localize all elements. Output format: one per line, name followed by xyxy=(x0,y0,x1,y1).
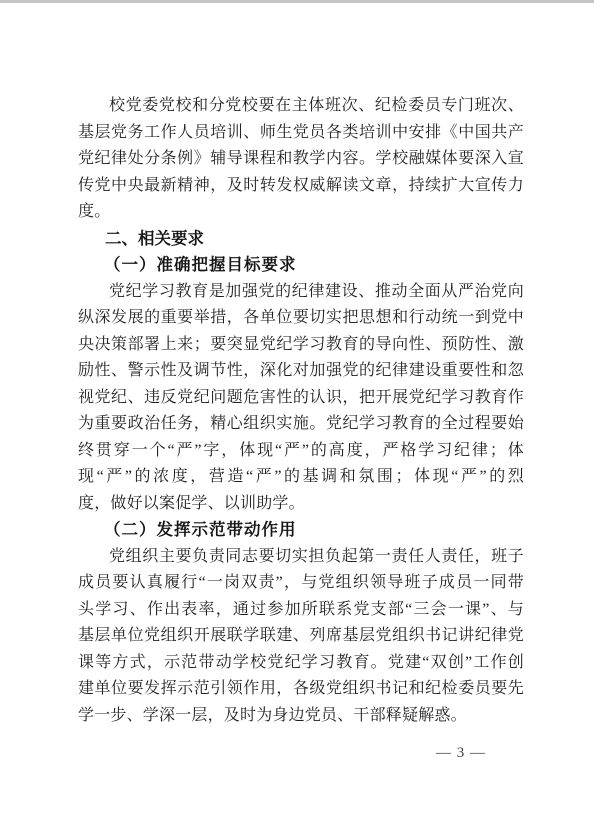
body-text-line: 基层单位党组织开展联学联建、列席基层党组织书记讲纪律党 xyxy=(78,623,524,650)
body-text-line: 终贯穿一个“严”字，体现“严”的高度，严格学习纪律；体 xyxy=(78,438,524,465)
sub-heading: （二）发挥示范带动作用 xyxy=(78,517,524,544)
body-text-line: 成员要认真履行“一岗双责”，与党组织领导班子成员一同带 xyxy=(78,570,524,597)
body-text-line: 央决策部署上来；要突显党纪学习教育的导向性、预防性、激 xyxy=(78,332,524,359)
section-heading: 二、相关要求 xyxy=(78,226,524,253)
body-text-line: 传党中央最新精神，及时转发权威解读文章，持续扩大宣传力 xyxy=(78,173,524,200)
body-text-line: 学一步、学深一层，及时为身边党员、干部释疑解惑。 xyxy=(78,703,524,730)
body-text-line: 度，做好以案促学、以训助学。 xyxy=(78,491,524,518)
body-text-line: 党组织主要负责同志要切实担负起第一责任人责任，班子 xyxy=(78,544,524,571)
page-number: — 3 — xyxy=(436,743,516,763)
document-page: 校党委党校和分党校要在主体班次、纪检委员专门班次、基层党务工作人员培训、师生党员… xyxy=(0,0,594,835)
body-text-line: 现“严”的浓度，营造“严”的基调和氛围；体现“严”的烈 xyxy=(78,464,524,491)
body-text-line: 党纪学习教育是加强党的纪律建设、推动全面从严治党向 xyxy=(78,279,524,306)
body-text-line: 励性、警示性及调节性，深化对加强党的纪律建设重要性和忽 xyxy=(78,358,524,385)
document-body: 校党委党校和分党校要在主体班次、纪检委员专门班次、基层党务工作人员培训、师生党员… xyxy=(78,93,524,729)
scan-edge-artifact xyxy=(0,0,594,3)
body-text-line: 基层党务工作人员培训、师生党员各类培训中安排《中国共产 xyxy=(78,120,524,147)
body-text-line: 纵深发展的重要举措，各单位要切实把思想和行动统一到党中 xyxy=(78,305,524,332)
body-text-line: 视党纪、违反党纪问题危害性的认识，把开展党纪学习教育作 xyxy=(78,385,524,412)
sub-heading: （一）准确把握目标要求 xyxy=(78,252,524,279)
body-text-line: 校党委党校和分党校要在主体班次、纪检委员专门班次、 xyxy=(78,93,524,120)
body-text-line: 建单位要发挥示范引领作用，各级党组织书记和纪检委员要先 xyxy=(78,676,524,703)
body-text-line: 为重要政治任务，精心组织实施。党纪学习教育的全过程要始 xyxy=(78,411,524,438)
body-text-line: 课等方式，示范带动学校党纪学习教育。党建“双创”工作创 xyxy=(78,650,524,677)
body-text-line: 党纪律处分条例》辅导课程和教学内容。学校融媒体要深入宣 xyxy=(78,146,524,173)
body-text-line: 度。 xyxy=(78,199,524,226)
body-text-line: 头学习、作出表率，通过参加所联系党支部“三会一课”、与 xyxy=(78,597,524,624)
